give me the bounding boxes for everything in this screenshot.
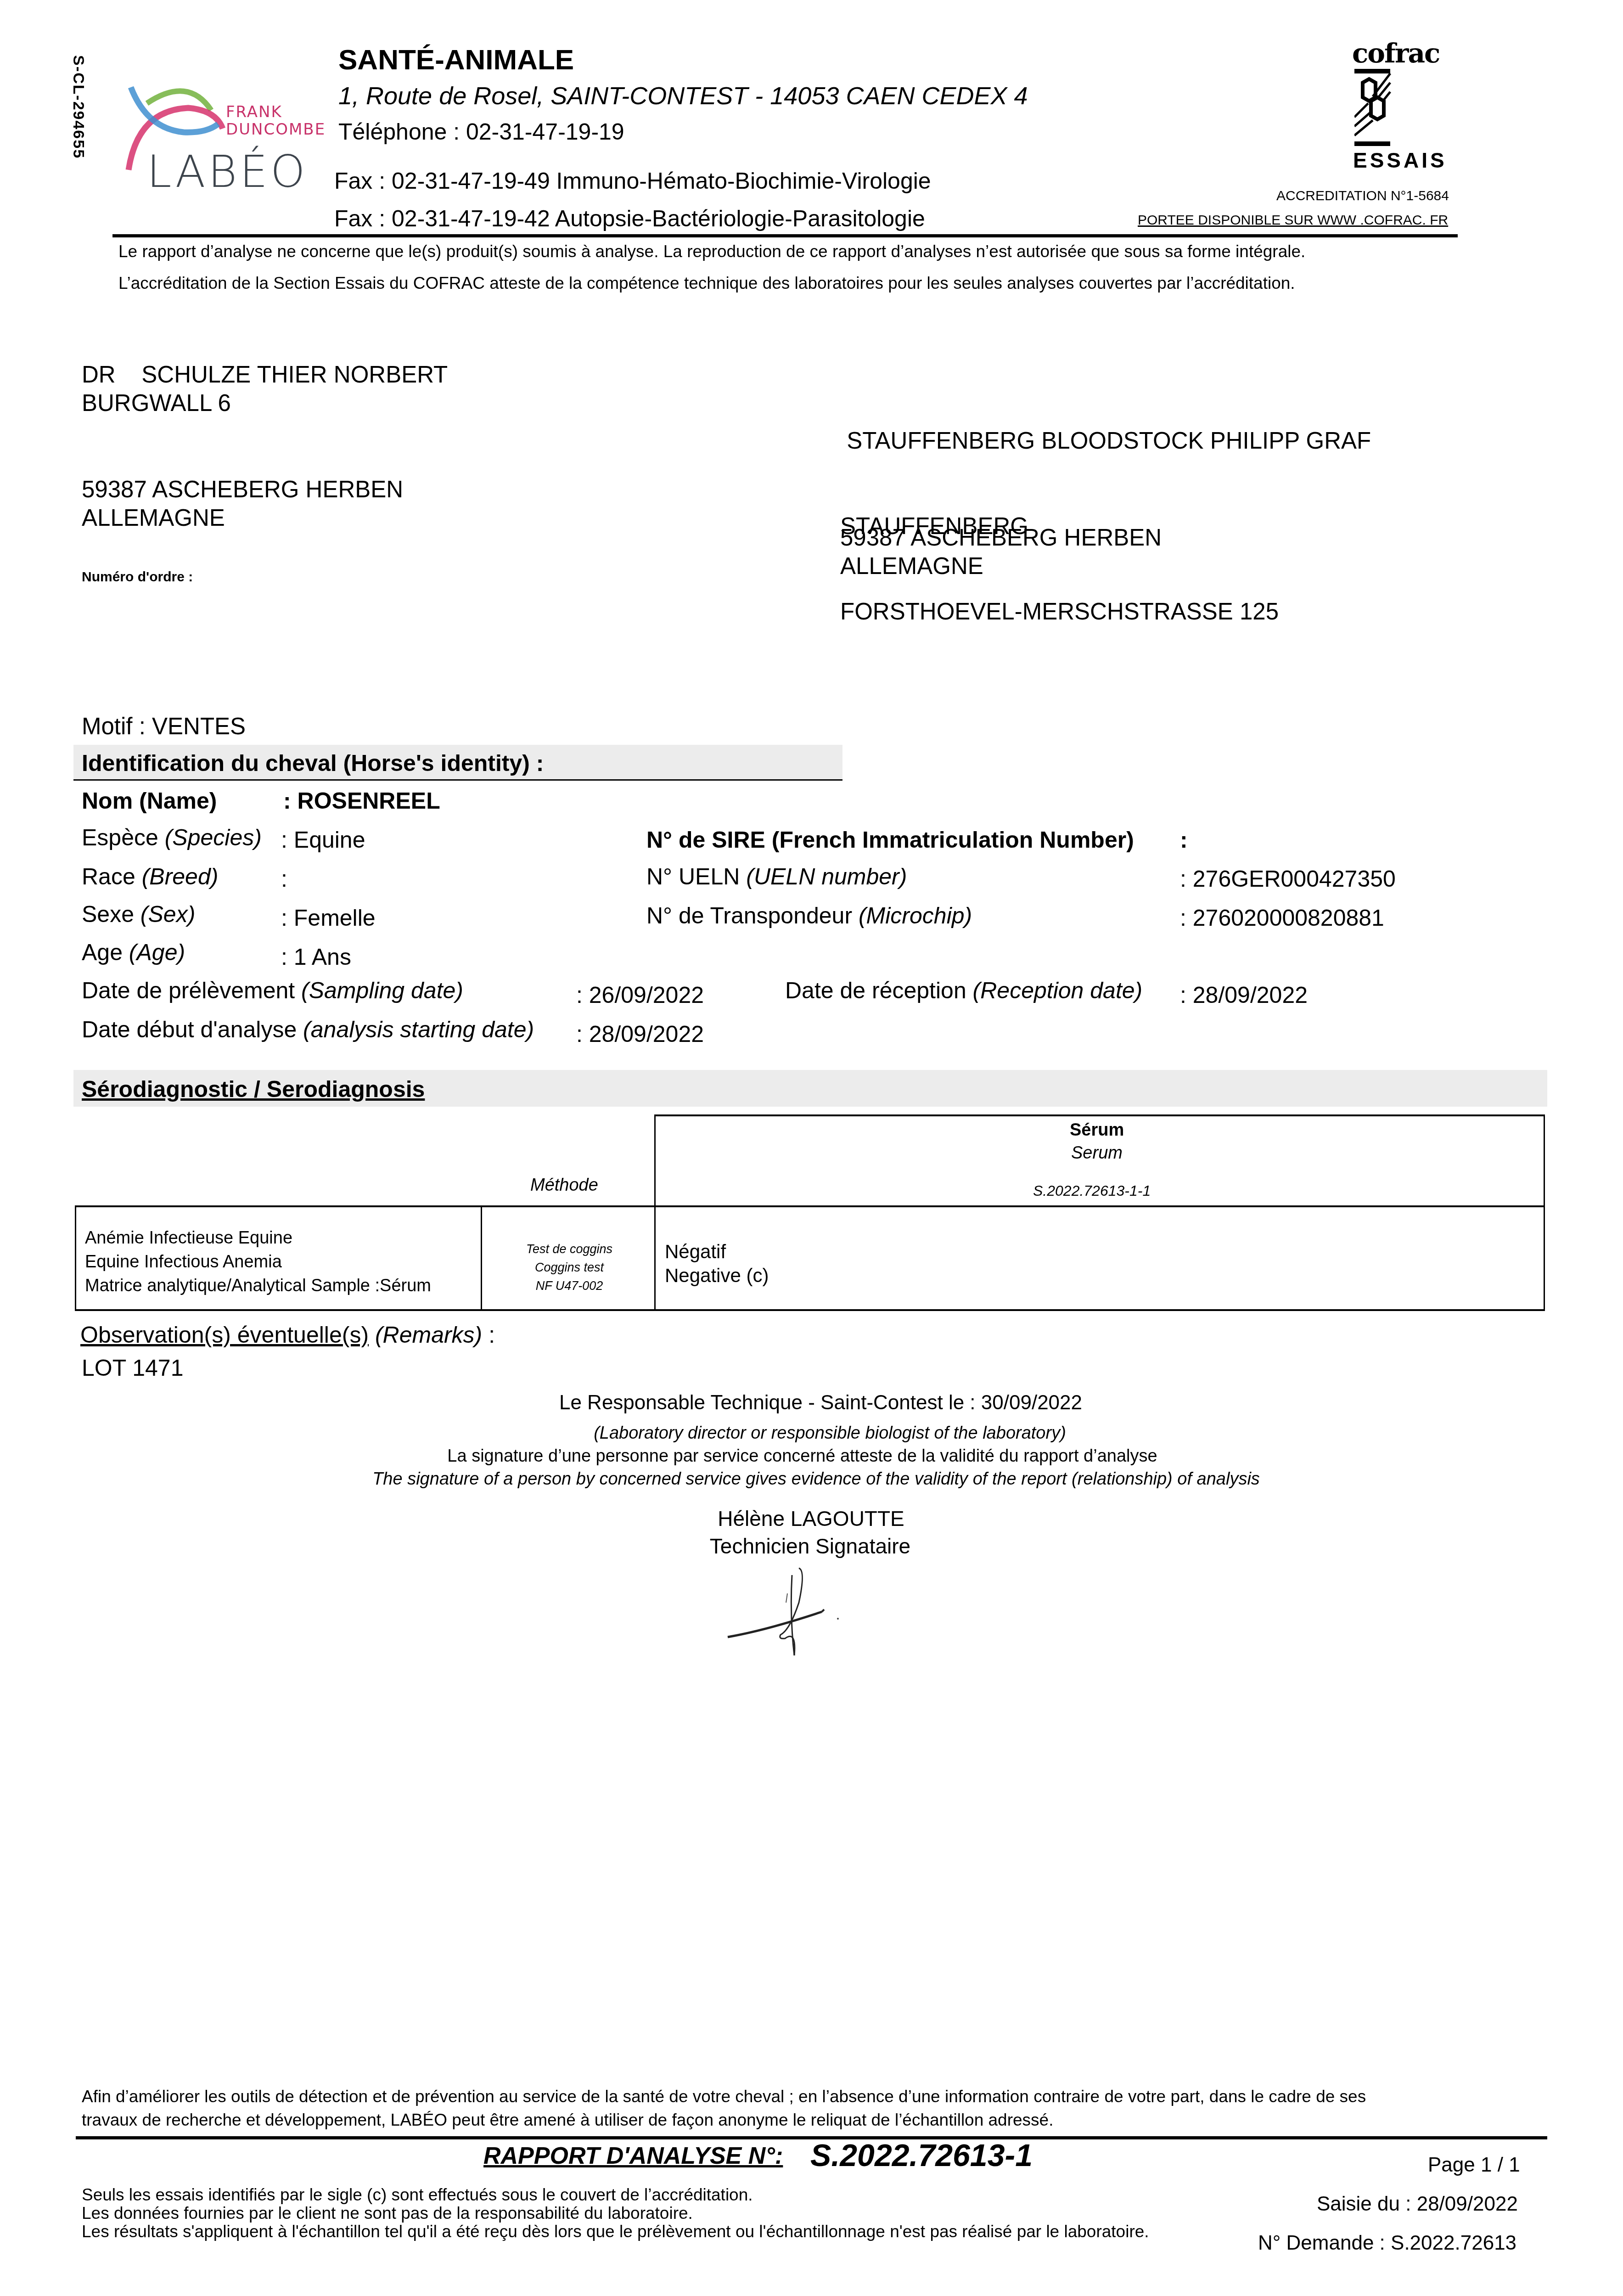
entry-date: Saisie du : 28/09/2022 [1317, 2193, 1518, 2216]
column-header-sample-fr: Sérum [1070, 1120, 1124, 1140]
sampling-date-label: Date de prélèvement (Sampling date) [82, 977, 463, 1004]
remarks-label: Observation(s) éventuelle(s) (Remarks) : [80, 1322, 495, 1348]
accreditation-number: ACCREDITATION N°1-5684 [1276, 188, 1449, 204]
recipient-left-name: DR SCHULZE THIER NORBERT [82, 360, 448, 389]
disclaimer-reproduction: Le rapport d’analyse ne concerne que le(… [118, 242, 1305, 261]
recipient-owner-city-block: 59387 ASCHEBERG HERBEN ALLEMAGNE [840, 523, 1162, 579]
recipient-left-city: 59387 ASCHEBERG HERBEN [82, 475, 448, 504]
director-note: (Laboratory director or responsible biol… [18, 1424, 1623, 1443]
analyte-cell: Anémie Infectieuse Equine Equine Infecti… [85, 1226, 431, 1298]
lab-title: SANTÉ-ANIMALE [338, 44, 574, 76]
data-use-notice: Afin d’améliorer les outils de détection… [82, 2085, 1366, 2132]
recipient-right-country: ALLEMAGNE [840, 552, 1162, 579]
table-border [481, 1205, 482, 1311]
sire-label: N° de SIRE (French Immatriculation Numbe… [646, 827, 1134, 853]
signature-icon [712, 1561, 904, 1662]
table-border [75, 1205, 1545, 1207]
ueln-value: : 276GER000427350 [1180, 866, 1396, 892]
recipient-right-street: FORSTHOEVEL-MERSCHSTRASSE 125 [840, 597, 1371, 626]
cofrac-logo: cofrac ESSAIS [1357, 38, 1393, 175]
sire-value: : [1180, 827, 1188, 853]
microchip-label: N° de Transpondeur (Microchip) [646, 902, 972, 929]
recipient-right-city: 59387 ASCHEBERG HERBEN [840, 523, 1162, 552]
signature-validity-en: The signature of a person by concerned s… [5, 1469, 1623, 1489]
cofrac-essais-label: ESSAIS [1353, 148, 1447, 173]
species-value: : Equine [281, 827, 365, 853]
species-label: Espèce (Species) [82, 824, 262, 851]
signer-title: Technicien Signataire [0, 1534, 1622, 1559]
logo-labeo-text: LABÉO [147, 146, 308, 197]
lab-telephone: Téléphone : 02-31-47-19-19 [338, 118, 624, 145]
breed-label: Race (Breed) [82, 863, 218, 890]
document-side-code: S-CL-294655 [69, 55, 87, 159]
remarks-value: LOT 1471 [82, 1355, 183, 1381]
identity-section-title: Identification du cheval (Horse's identi… [82, 750, 544, 777]
lab-fax-immuno: Fax : 02-31-47-19-49 Immuno-Hémato-Bioch… [334, 168, 931, 194]
disclaimer-accreditation: L’accréditation de la Section Essais du … [118, 274, 1295, 293]
recipient-left-street: BURGWALL 6 [82, 389, 448, 417]
recipient-owner: STAUFFENBERG BLOODSTOCK PHILIPP GRAF STA… [840, 370, 1371, 654]
breed-value: : [281, 866, 287, 892]
order-number-label: Numéro d'ordre : [82, 569, 193, 585]
result-fr: Négatif [665, 1240, 769, 1264]
name-label: Nom (Name) [82, 788, 217, 814]
result-cell: Négatif Negative (c) [665, 1240, 769, 1288]
table-border [1544, 1114, 1545, 1311]
ueln-label: N° UELN (UELN number) [646, 863, 907, 890]
reception-date-label: Date de réception (Reception date) [785, 977, 1142, 1004]
footer-notes: Seuls les essais identifiés par le sigle… [82, 2186, 1149, 2241]
name-value: : ROSENREEL [283, 788, 440, 814]
report-number-label: RAPPORT D'ANALYSE N°: [483, 2142, 783, 2170]
method-cell: Test de coggins Coggins test NF U47-002 [487, 1240, 652, 1295]
responsible-technician: Le Responsable Technique - Saint-Contest… [9, 1391, 1623, 1414]
lab-fax-autopsie: Fax : 02-31-47-19-42 Autopsie-Bactériolo… [334, 205, 925, 232]
table-border [654, 1114, 656, 1311]
column-header-method: Méthode [530, 1176, 598, 1195]
microchip-value: : 276020000820881 [1180, 905, 1384, 931]
result-en: Negative (c) [665, 1264, 769, 1288]
analysis-date-value: : 28/09/2022 [576, 1021, 704, 1047]
labeo-logo: FRANK DUNCOMBE LABÉO [119, 78, 321, 193]
signer-name: Hélène LAGOUTTE [0, 1506, 1623, 1531]
cofrac-hexagon-icon [1354, 69, 1391, 147]
sampling-reason: Motif : VENTES [82, 713, 246, 740]
recipient-right-name: STAUFFENBERG BLOODSTOCK PHILIPP GRAF [840, 427, 1371, 455]
column-header-sample-id: S.2022.72613-1-1 [1033, 1182, 1151, 1199]
handwritten-signature [712, 1561, 904, 1662]
serodiagnosis-section-title: Sérodiagnostic / Serodiagnosis [82, 1076, 425, 1103]
cofrac-portee-link[interactable]: PORTEE DISPONIBLE SUR WWW .COFRAC. FR [1138, 213, 1448, 228]
signature-validity-fr: La signature d’une personne par service … [0, 1446, 1614, 1466]
analysis-date-label: Date début d'analyse (analysis starting … [82, 1016, 534, 1043]
header-divider [112, 234, 1458, 237]
cofrac-wordmark: cofrac [1352, 38, 1439, 69]
reception-date-value: : 28/09/2022 [1180, 982, 1308, 1008]
table-border [75, 1309, 1545, 1311]
sex-label: Sexe (Sex) [82, 901, 195, 928]
age-value: : 1 Ans [281, 944, 351, 970]
recipient-left-country: ALLEMAGNE [82, 504, 448, 532]
sex-value: : Femelle [281, 905, 376, 931]
logo-frank-duncombe: FRANK DUNCOMBE [226, 103, 326, 138]
column-header-sample-en: Serum [1071, 1143, 1123, 1163]
table-border [75, 1205, 76, 1311]
page-indicator: Page 1 / 1 [1428, 2154, 1520, 2177]
table-border [654, 1114, 1545, 1116]
age-label: Age (Age) [82, 939, 185, 966]
sampling-date-value: : 26/09/2022 [576, 982, 704, 1008]
lab-address: 1, Route de Rosel, SAINT-CONTEST - 14053… [338, 82, 1028, 110]
report-number: S.2022.72613-1 [810, 2138, 1033, 2173]
request-number: N° Demande : S.2022.72613 [1258, 2232, 1516, 2255]
recipient-veterinarian: DR SCHULZE THIER NORBERT BURGWALL 6 5938… [82, 360, 448, 532]
